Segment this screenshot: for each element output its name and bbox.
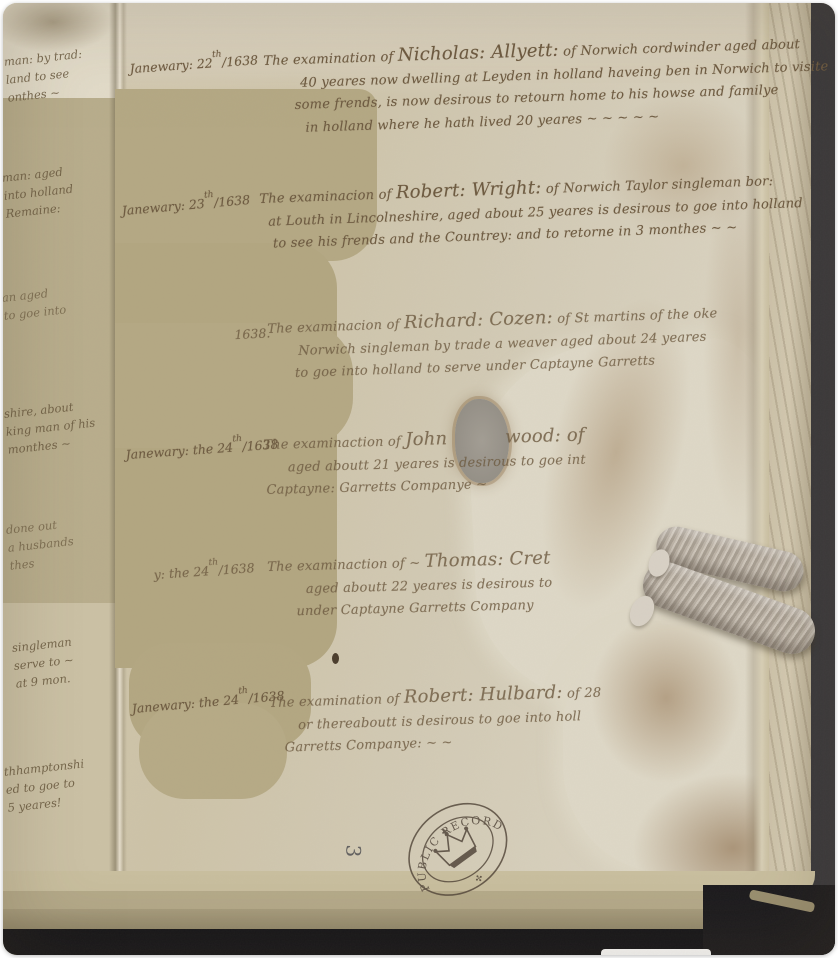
examinee-name: John	[405, 428, 448, 450]
vellum-cover-edge	[769, 3, 815, 937]
background-strip	[811, 3, 835, 955]
backdrop-gap	[601, 949, 711, 955]
entry-6: The examination of Robert: Hulbard: of 2…	[269, 681, 603, 761]
margin-fragment: done outa husbandsthes	[5, 514, 76, 575]
margin-fragment: man: by trad:land to seeonthes ~	[3, 45, 87, 107]
examinee-name: Robert: Hulbard:	[403, 682, 562, 708]
page-number: 3	[341, 844, 365, 858]
margin-fragment: shire, aboutking man of hismonthes ~	[3, 396, 98, 459]
examinee-name: Thomas: Cret	[424, 548, 550, 572]
entry-4: The examinaction of Johnwood: of aged ab…	[263, 425, 587, 503]
margin-fragment: an agedto goe into	[3, 282, 67, 324]
entry-5: The examinaction of ~ Thomas: Cret aged …	[267, 548, 553, 625]
examinee-name: Richard: Cozen:	[404, 307, 554, 333]
stamp-outer-ring	[391, 785, 525, 914]
examinee-name: Nicholas: Allyett:	[397, 40, 559, 66]
margin-fragment: thhamptonshied to goe to5 yeares!	[3, 755, 89, 817]
margin-fragment: singlemanserve to ~at 9 mon.	[11, 633, 76, 693]
entry-1: The examination of Nicholas: Allyett: of…	[263, 31, 830, 141]
stain-blob	[591, 613, 741, 783]
manuscript-photo: man: by trad:land to seeonthes ~ man: ag…	[3, 3, 835, 955]
margin-fragment: man: agedinto hollandRemaine:	[3, 162, 76, 223]
ink-blot	[332, 653, 339, 664]
damaged-text-gap	[447, 443, 505, 445]
water-stain-band	[139, 703, 287, 799]
examinee-name: Robert: Wright:	[396, 177, 542, 203]
entry-date: 1638.	[234, 323, 271, 342]
